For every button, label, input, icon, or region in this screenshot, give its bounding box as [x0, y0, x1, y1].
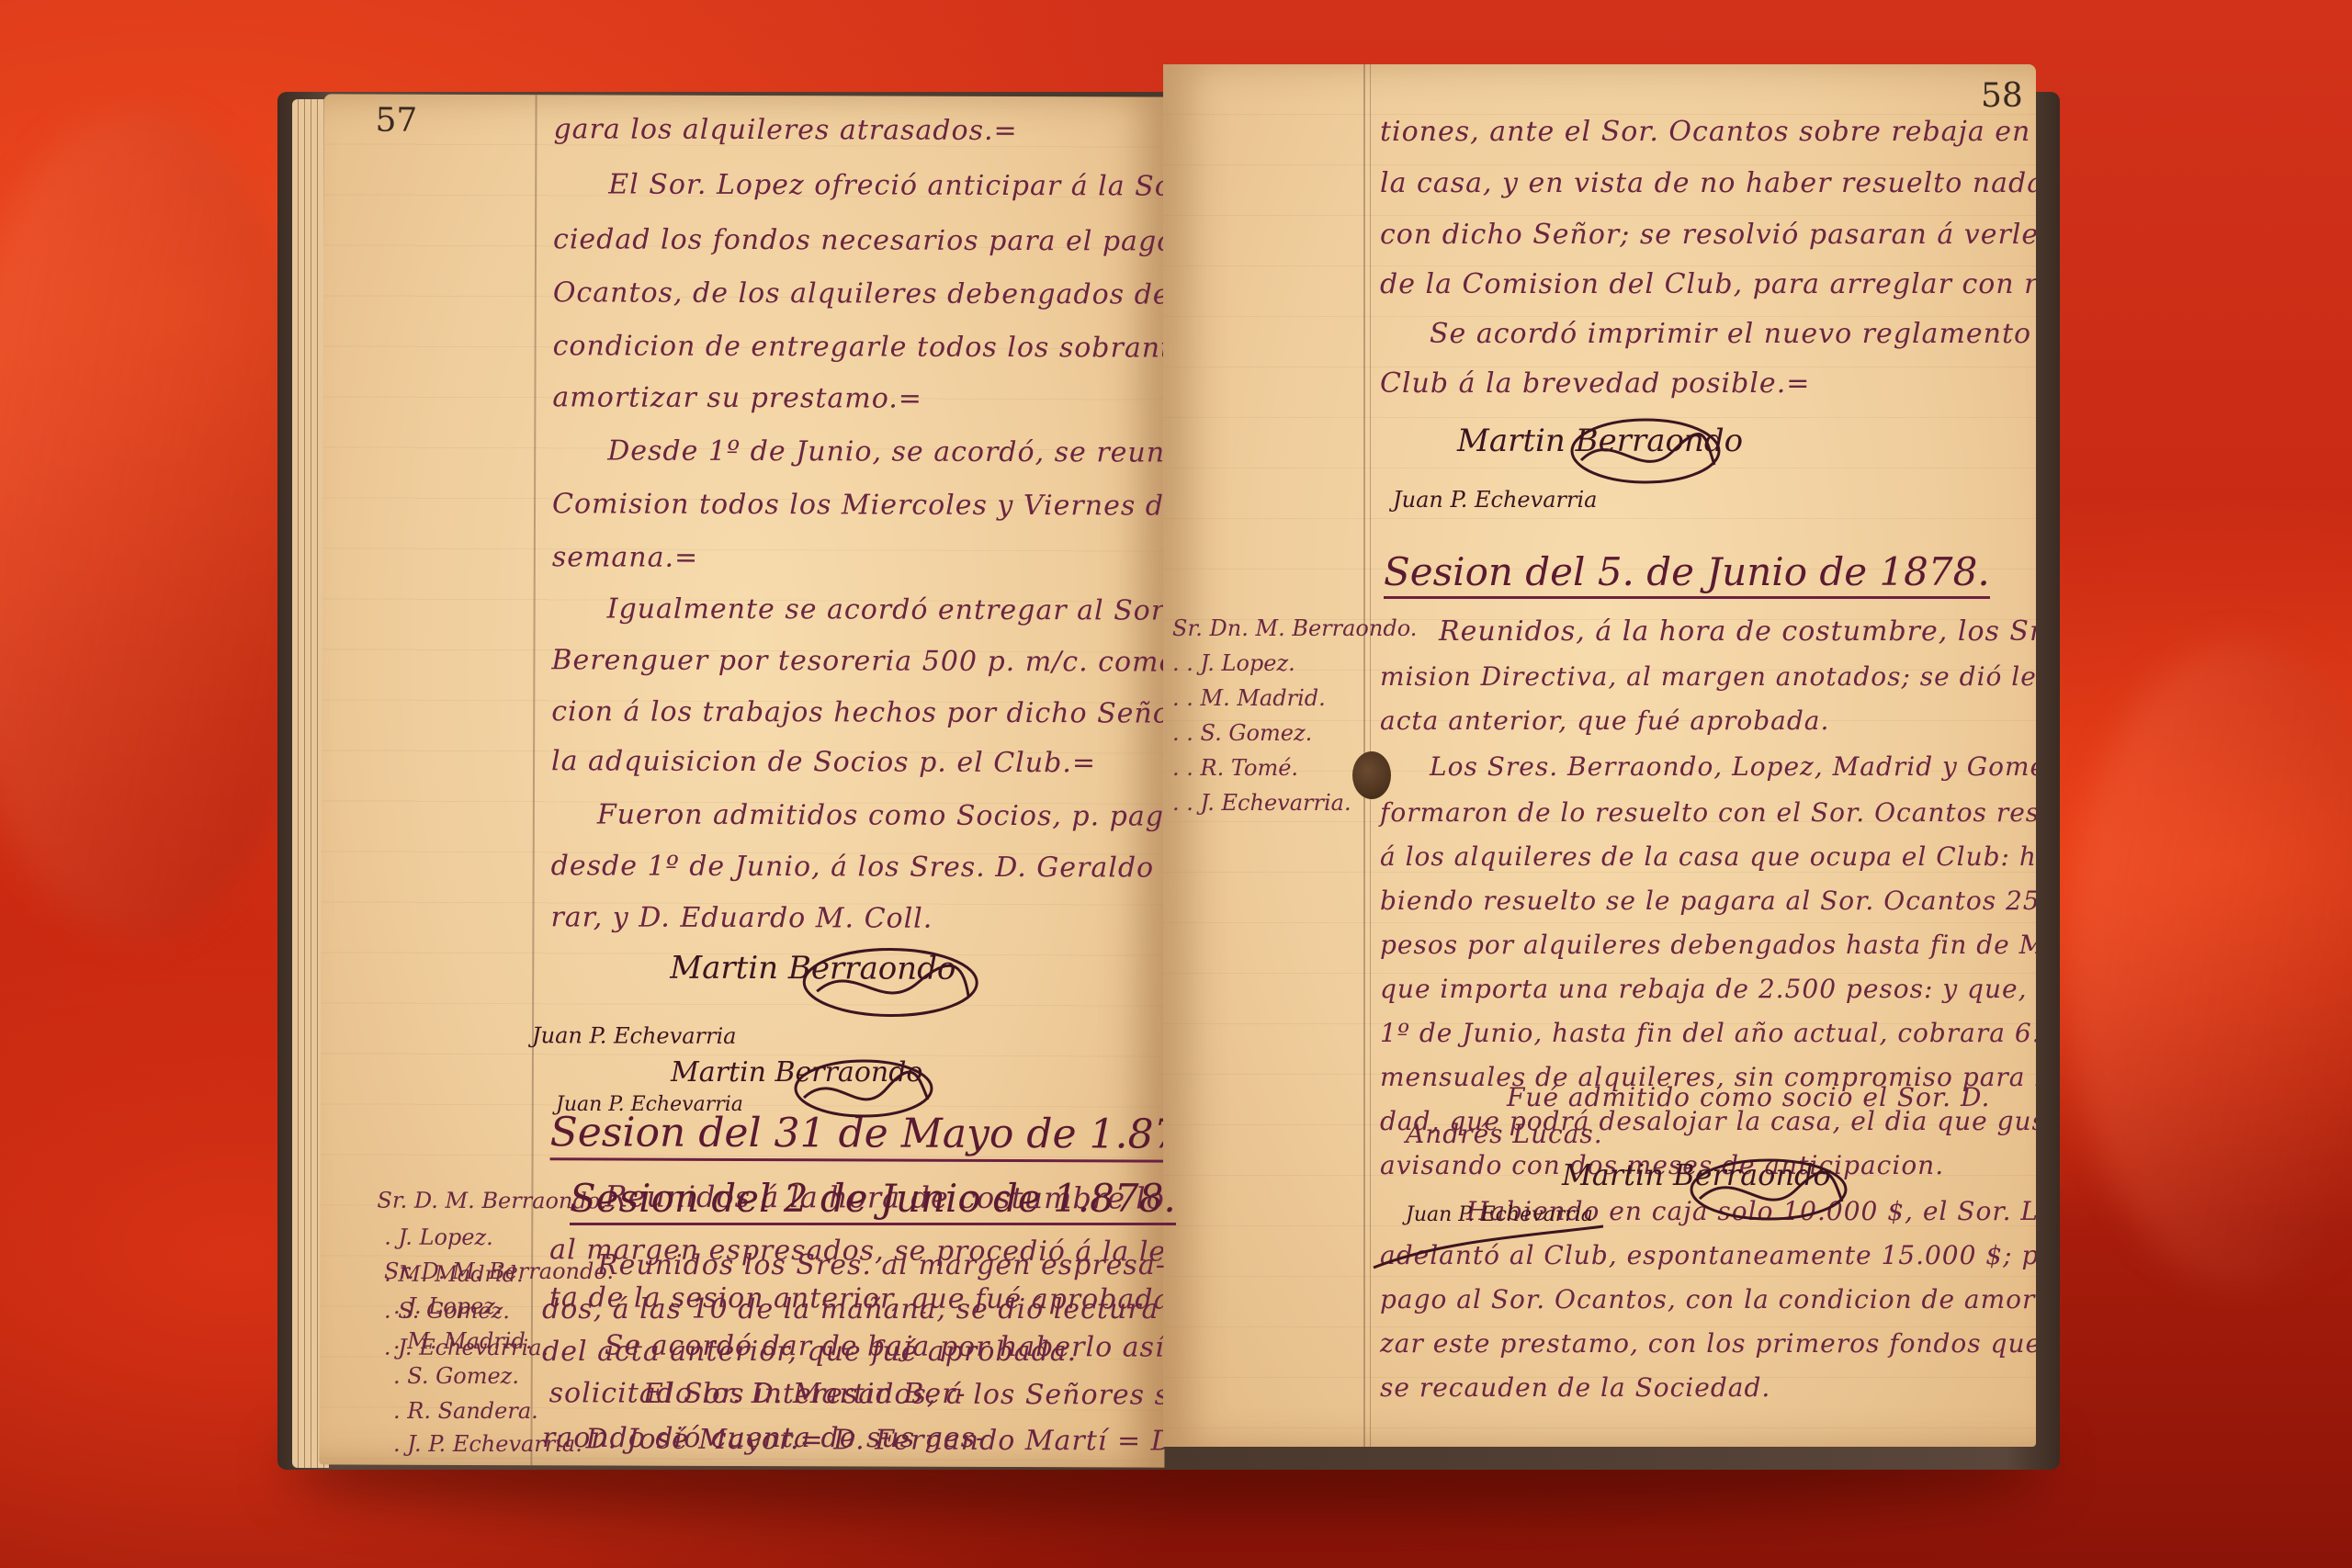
page-number: 57	[375, 102, 417, 140]
wax-seal	[1352, 751, 1391, 799]
page-number: 58	[1981, 77, 2023, 115]
signature-flourish-icon	[1686, 1148, 1851, 1231]
fabric-highlight	[2067, 643, 2352, 1286]
signature-flourish-icon	[1567, 410, 1724, 492]
signature-flourish-icon	[790, 1052, 937, 1125]
underline-flourish-icon	[1369, 1222, 1608, 1277]
session-heading: Sesion del 2 de Junio de 1.878.	[570, 1176, 1176, 1225]
session-heading: Sesion del 5. de Junio de 1878.	[1384, 549, 1990, 599]
signature-flourish-icon	[798, 941, 982, 1024]
